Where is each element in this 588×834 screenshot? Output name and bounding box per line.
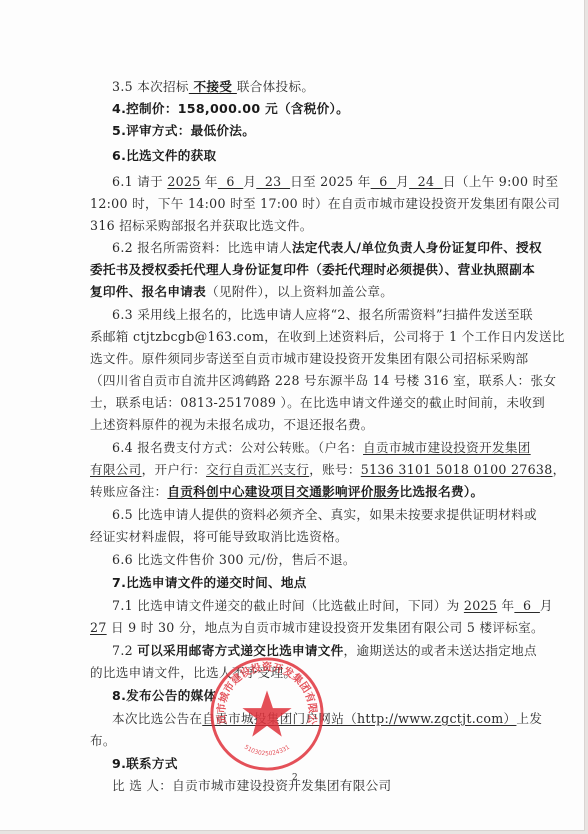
clause-7-2: 7.2 可以采用邮寄方式递交比选申请文件，逾期送达的或者未送达指定地点: [112, 643, 542, 659]
text: 6.6 比选文件售价 300 元/份，售后不退。: [112, 552, 356, 567]
day-blank: 27: [90, 620, 107, 635]
day-blank: 24: [409, 174, 443, 189]
clause-6-3-cont: 选文件。原件须同步寄送至自贡市城市建设投资开发集团有限公司招标采购部: [90, 351, 520, 367]
section-8-body-cont: 布。: [90, 733, 520, 749]
month-blank: 6: [371, 174, 397, 189]
text: 上发: [516, 711, 542, 726]
year-blank: 2025: [464, 598, 497, 613]
contact-selector: 比 选 人：自贡市城市建设投资开发集团有限公司: [112, 778, 542, 794]
text: 经证实材料虚假，将可能导致取消比选资格。: [90, 529, 348, 544]
section-7-heading: 7.比选申请文件的递交时间、地点: [112, 575, 542, 591]
text: 6.4 报名费支付方式：公对公转账。（户名：: [112, 440, 363, 455]
website-link[interactable]: 自贡市城投集团门户网站（http://www.zgctjt.com）: [202, 711, 516, 726]
heading: 8.发布公告的媒体: [112, 688, 216, 703]
text: 月: [243, 174, 256, 189]
year-blank: 2025: [167, 174, 200, 189]
transfer-memo: 自贡科创中心建设项目交通影响评价服务: [167, 484, 399, 499]
email-text: 系邮箱 ctjtzbcgb@163.com，在收到上述资料后，公司将于 1 个工…: [90, 329, 565, 344]
bold-text: 可以采用邮寄方式递交比选申请文件: [137, 643, 343, 658]
heading: 9.联系方式: [112, 756, 178, 771]
text: ，开户行：: [142, 462, 206, 477]
clause-6-3-cont: 士，联系电话：0813-2517089 ）。在比选申请文件递交的截止时间前，未收…: [90, 395, 520, 411]
section-5-review-method: 5.评审方式：最低价法。: [112, 123, 542, 139]
address-text: （四川省自贡市自流井区鸿鹤路 228 号东源半岛 14 号楼 316 室，联系人…: [90, 373, 556, 388]
text: 月: [396, 174, 409, 189]
text: 选文件。原件须同步寄送至自贡市城市建设投资开发集团有限公司招标采购部: [90, 351, 528, 366]
text: 年: [497, 598, 514, 613]
clause-6-2-cont: 复印件、报名申请表（见附件），以上资料加盖公章。: [90, 284, 520, 300]
document-page: 3.5 本次招标 不接受 联合体投标。 4.控制价：158,000.00 元（含…: [0, 0, 585, 831]
month-blank: 6: [218, 174, 244, 189]
clause-6-3-cont: 系邮箱 ctjtzbcgb@163.com，在收到上述资料后，公司将于 1 个工…: [90, 329, 520, 345]
bold-text: 比选报名费）。: [399, 484, 483, 499]
month-blank: 6: [514, 598, 540, 613]
text: 6.1 请于: [112, 174, 167, 189]
account-name: 自贡市城市建设投资开发集团: [363, 440, 531, 455]
text: 联合体投标。: [237, 79, 314, 94]
text: 3.5 本次招标: [112, 79, 189, 94]
section-8-body: 本次比选公告在自贡市城投集团门户网站（http://www.zgctjt.com…: [112, 711, 542, 727]
text: ，逾期送达的或者未送达指定地点: [344, 643, 537, 658]
section-4-control-price: 4.控制价：158,000.00 元（含税价）。: [112, 101, 542, 117]
clause-6-1-cont: 12:00 时，下午 14:00 时至 17:00 时）在自贡市城市建设投资开发…: [90, 196, 520, 212]
bold-text: 法定代表人/单位负责人身份证复印件、授权: [292, 240, 542, 255]
clause-6-5-cont: 经证实材料虚假，将可能导致取消比选资格。: [90, 529, 520, 545]
text: ，账号：: [309, 462, 361, 477]
clause-6-1: 6.1 请于 2025 年 6 月 23 日至 2025 年 6 月 24 日（…: [112, 174, 542, 190]
text: 布。: [90, 733, 116, 748]
bold-text: 复印件、报名申请表: [90, 284, 206, 299]
section-8-heading: 8.发布公告的媒体: [112, 688, 542, 704]
text: 日 9 时 30 分，地点为自贡市城市建设投资开发集团有限公司 5 楼评标室。: [107, 620, 544, 635]
text: 上述资料原件的视为未报名成功，不退还报名费。: [90, 417, 374, 432]
text: 7.1 比选申请文件递交的截止时间（比选截止时间，下同）为: [112, 598, 464, 613]
text: 6.5 比选申请人提供的资料必须齐全、真实，如果未按要求提供证明材料或: [112, 507, 537, 522]
clause-6-3-cont: 上述资料原件的视为未报名成功，不退还报名费。: [90, 417, 520, 433]
text: 月: [540, 598, 553, 613]
heading: 5.评审方式：最低价法。: [112, 123, 255, 138]
text: 6.3 采用线上报名的，比选申请人应将“2、报名所需资料”扫描件发送至联: [112, 307, 533, 322]
clause-6-2: 6.2 报名所需资料：比选申请人法定代表人/单位负责人身份证复印件、授权: [112, 240, 542, 256]
underlined-value: 不接受: [189, 79, 237, 94]
clause-6-3: 6.3 采用线上报名的，比选申请人应将“2、报名所需资料”扫描件发送至联: [112, 307, 542, 323]
clause-6-5: 6.5 比选申请人提供的资料必须齐全、真实，如果未按要求提供证明材料或: [112, 507, 542, 523]
text: 日（上午 9:00 时至: [443, 174, 558, 189]
clause-7-1: 7.1 比选申请文件递交的截止时间（比选截止时间，下同）为 2025 年 6 月: [112, 598, 542, 614]
heading: 6.比选文件的获取: [112, 148, 216, 163]
clause-3-5: 3.5 本次招标 不接受 联合体投标。: [112, 79, 542, 95]
day-blank: 23: [256, 174, 290, 189]
account-number: 5136 3101 5018 0100 27638: [361, 462, 553, 477]
section-9-heading: 9.联系方式: [112, 756, 542, 772]
page-number: 2: [292, 773, 298, 783]
text: （见附件），以上资料加盖公章。: [206, 284, 393, 299]
clause-6-4-cont: 转账应备注：自贡科创中心建设项目交通影响评价服务比选报名费）。: [90, 484, 520, 500]
text: 6.2 报名所需资料：比选申请人: [112, 240, 292, 255]
text: ，: [553, 462, 566, 477]
heading: 4.控制价：158,000.00 元（含税价）。: [112, 101, 349, 116]
clause-7-1-cont: 27 日 9 时 30 分，地点为自贡市城市建设投资开发集团有限公司 5 楼评标…: [90, 620, 520, 636]
text: 比 选 人：自贡市城市建设投资开发集团有限公司: [112, 778, 391, 793]
heading: 7.比选申请文件的递交时间、地点: [112, 575, 307, 590]
clause-7-2-cont: 的比选申请文件，比选人不予受理。: [90, 665, 520, 681]
text: 日至 2025 年: [290, 174, 371, 189]
clause-6-4-cont: 有限公司，开户行：交行自贡汇兴支行，账号：5136 3101 5018 0100…: [90, 462, 520, 478]
account-name: 有限公司: [90, 462, 142, 477]
text: 转账应备注：: [90, 484, 167, 499]
text: 7.2: [112, 643, 137, 658]
text: 316 招标采购部报名并获取比选文件。: [90, 218, 313, 233]
text: 年: [201, 174, 218, 189]
phone-text: 士，联系电话：0813-2517089 ）。在比选申请文件递交的截止时间前，未收…: [90, 395, 545, 410]
bank-name: 交行自贡汇兴支行: [206, 462, 309, 477]
text: 的比选申请文件，比选人不予受理。: [90, 665, 296, 680]
clause-6-3-cont: （四川省自贡市自流井区鸿鹤路 228 号东源半岛 14 号楼 316 室，联系人…: [90, 373, 520, 389]
text: 12:00 时，下午 14:00 时至 17:00 时）在自贡市城市建设投资开发…: [90, 196, 560, 211]
section-6-heading: 6.比选文件的获取: [112, 148, 542, 164]
clause-6-1-cont: 316 招标采购部报名并获取比选文件。: [90, 218, 520, 234]
bold-text: 委托书及授权委托代理人身份证复印件（委托代理时必须提供）、营业执照副本: [90, 262, 535, 277]
clause-6-4: 6.4 报名费支付方式：公对公转账。（户名：自贡市城市建设投资开发集团: [112, 440, 542, 456]
clause-6-2-cont: 委托书及授权委托代理人身份证复印件（委托代理时必须提供）、营业执照副本: [90, 262, 520, 278]
clause-6-6: 6.6 比选文件售价 300 元/份，售后不退。: [112, 552, 542, 568]
text: 本次比选公告在: [112, 711, 202, 726]
